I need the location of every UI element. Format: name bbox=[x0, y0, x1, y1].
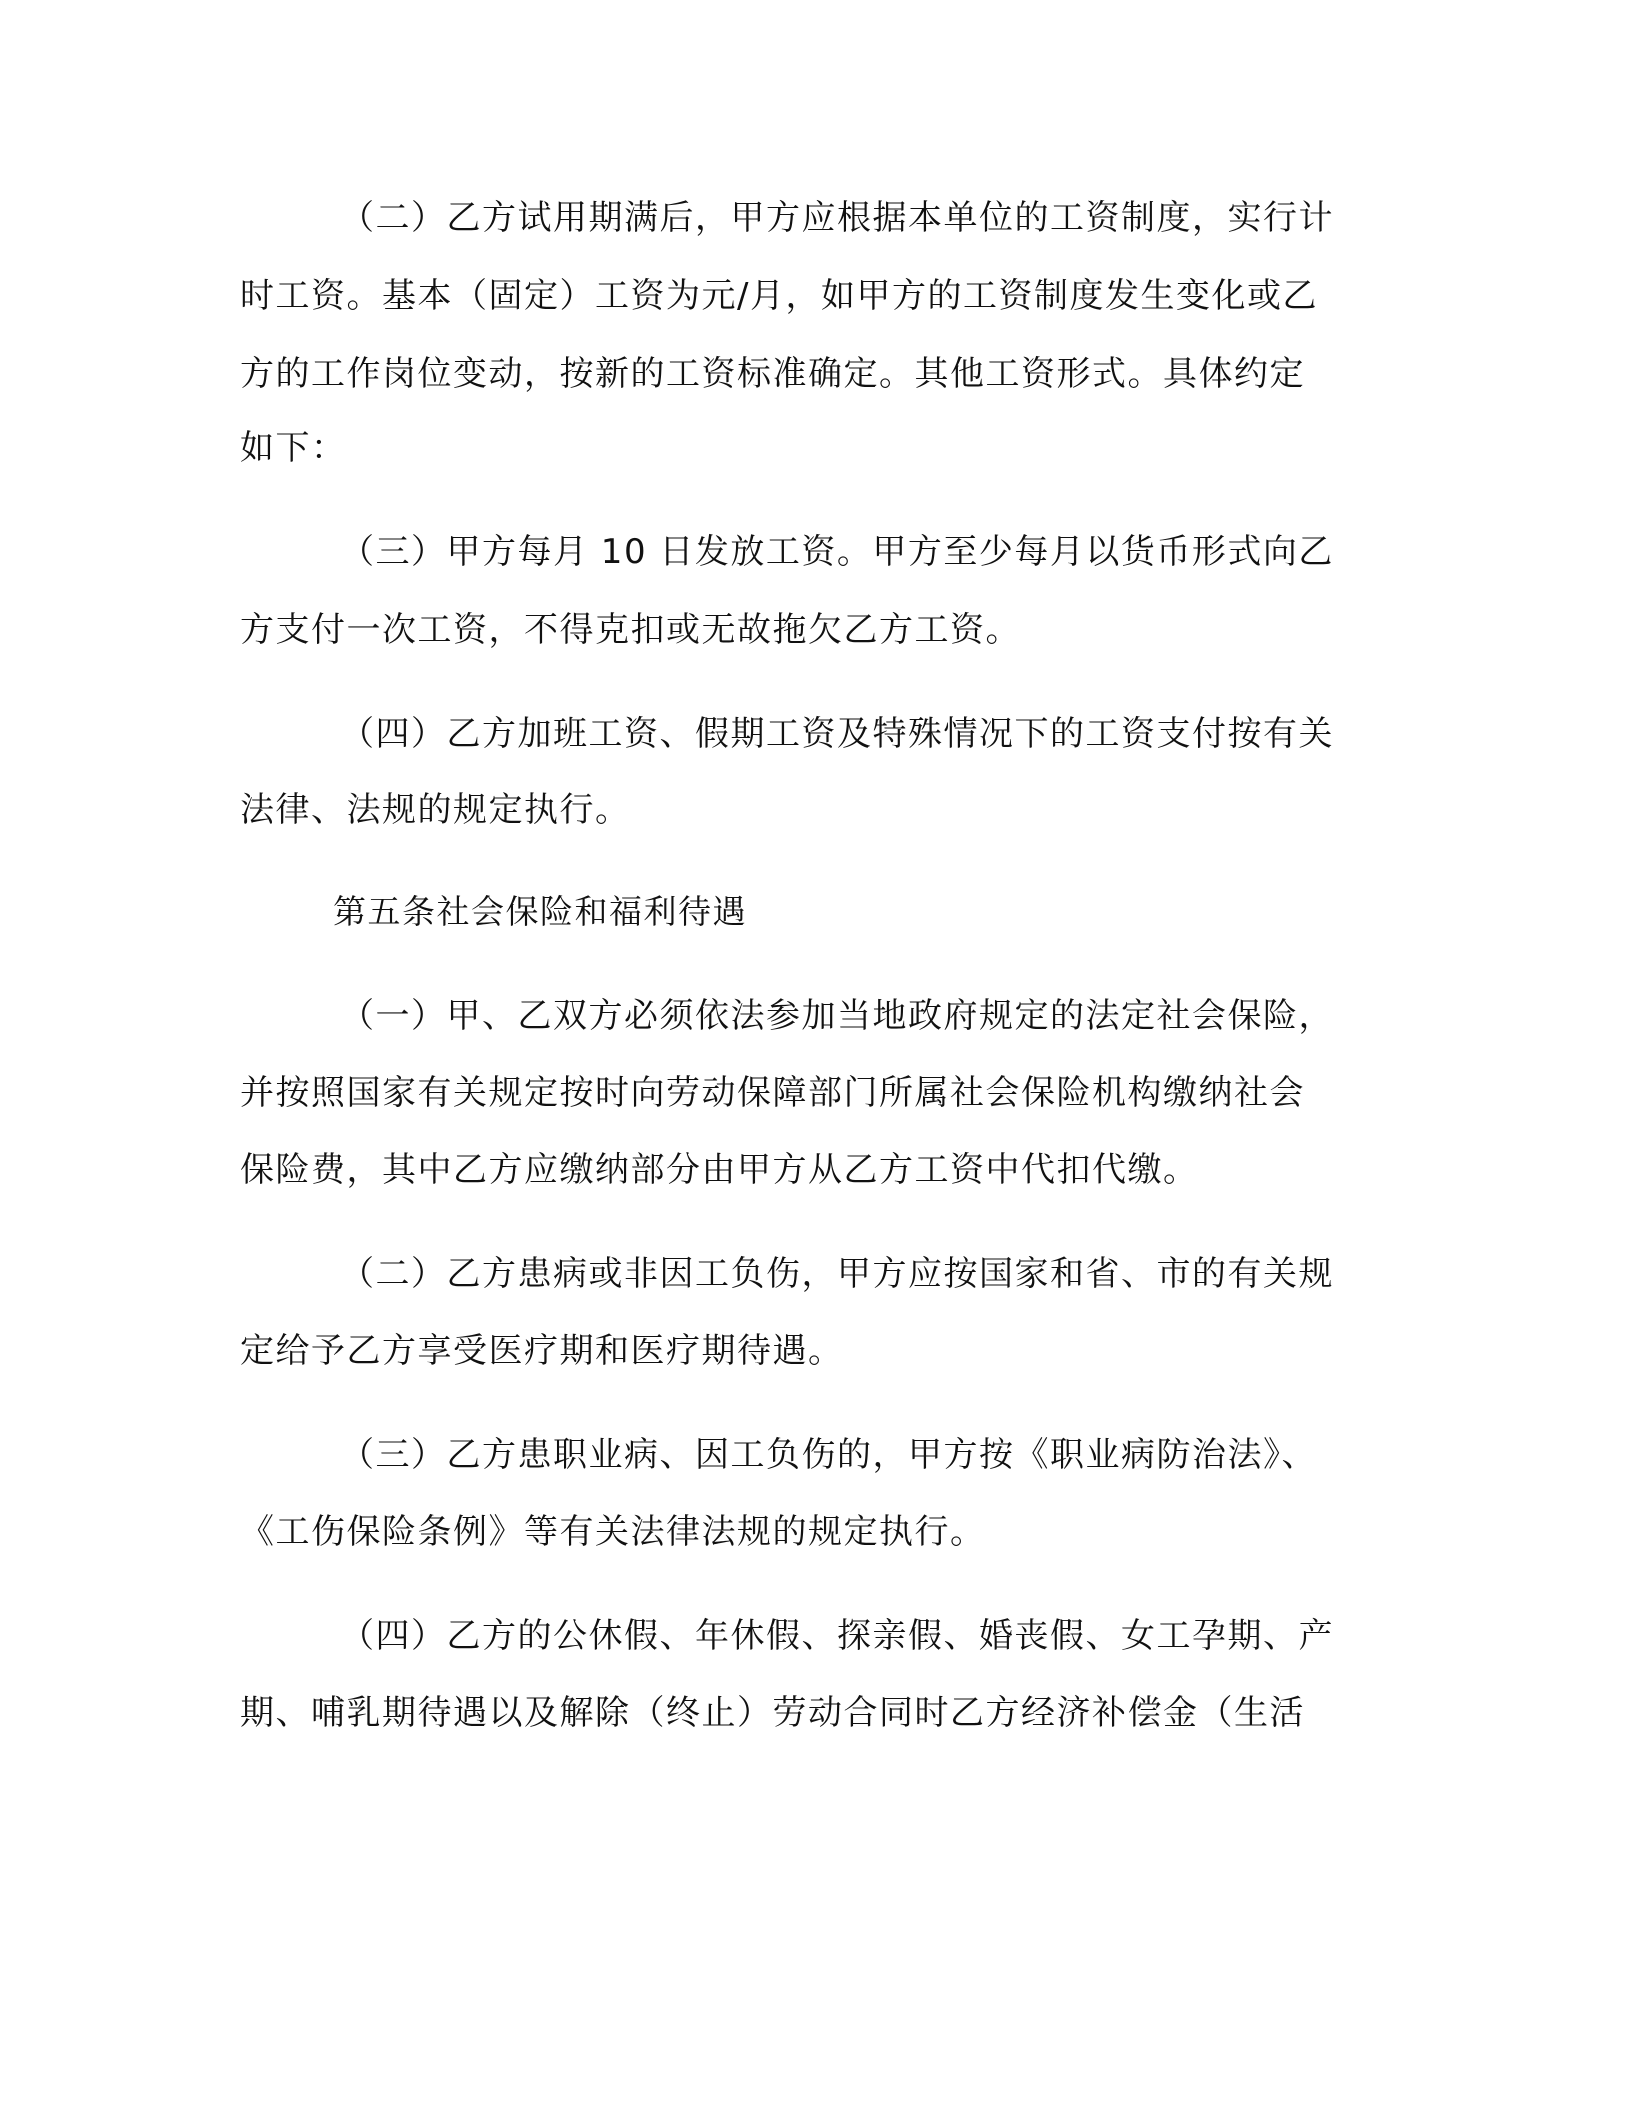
document-page: （二）乙方试用期满后，甲方应根据本单位的工资制度，实行计 时工资。基本（固定）工… bbox=[0, 0, 1632, 2112]
paragraph-insurance-2-line-1: （二）乙方患病或非因工负伤，甲方应按国家和省、市的有关规 bbox=[340, 1254, 1334, 1294]
article-5-heading: 第五条社会保险和福利待遇 bbox=[333, 892, 747, 932]
paragraph-insurance-4-line-1: （四）乙方的公休假、年休假、探亲假、婚丧假、女工孕期、产 bbox=[340, 1616, 1334, 1656]
paragraph-insurance-4-line-2: 期、哺乳期待遇以及解除（终止）劳动合同时乙方经济补偿金（生活 bbox=[240, 1693, 1305, 1733]
paragraph-salary-3-line-2: 方支付一次工资，不得克扣或无故拖欠乙方工资。 bbox=[240, 610, 1021, 650]
paragraph-insurance-1-line-1: （一）甲、乙双方必须依法参加当地政府规定的法定社会保险， bbox=[340, 996, 1334, 1036]
paragraph-salary-4-line-1: （四）乙方加班工资、假期工资及特殊情况下的工资支付按有关 bbox=[340, 714, 1334, 754]
paragraph-insurance-3-line-1: （三）乙方患职业病、因工负伤的，甲方按《职业病防治法》、 bbox=[340, 1435, 1317, 1475]
paragraph-salary-4-line-2: 法律、法规的规定执行。 bbox=[240, 790, 631, 830]
paragraph-insurance-3-line-2: 《工伤保险条例》等有关法律法规的规定执行。 bbox=[240, 1512, 986, 1552]
paragraph-salary-2-line-4: 如下： bbox=[240, 428, 347, 468]
paragraph-salary-3-line-1: （三）甲方每月 10 日发放工资。甲方至少每月以货币形式向乙 bbox=[340, 532, 1334, 572]
paragraph-salary-2-line-1: （二）乙方试用期满后，甲方应根据本单位的工资制度，实行计 bbox=[340, 198, 1334, 238]
paragraph-insurance-2-line-2: 定给予乙方享受医疗期和医疗期待遇。 bbox=[240, 1331, 844, 1371]
paragraph-insurance-1-line-2: 并按照国家有关规定按时向劳动保障部门所属社会保险机构缴纳社会 bbox=[240, 1073, 1305, 1113]
paragraph-salary-2-line-3: 方的工作岗位变动，按新的工资标准确定。其他工资形式。具体约定 bbox=[240, 354, 1305, 394]
paragraph-salary-2-line-2: 时工资。基本（固定）工资为元/月，如甲方的工资制度发生变化或乙 bbox=[240, 276, 1318, 316]
paragraph-insurance-1-line-3: 保险费，其中乙方应缴纳部分由甲方从乙方工资中代扣代缴。 bbox=[240, 1150, 1199, 1190]
